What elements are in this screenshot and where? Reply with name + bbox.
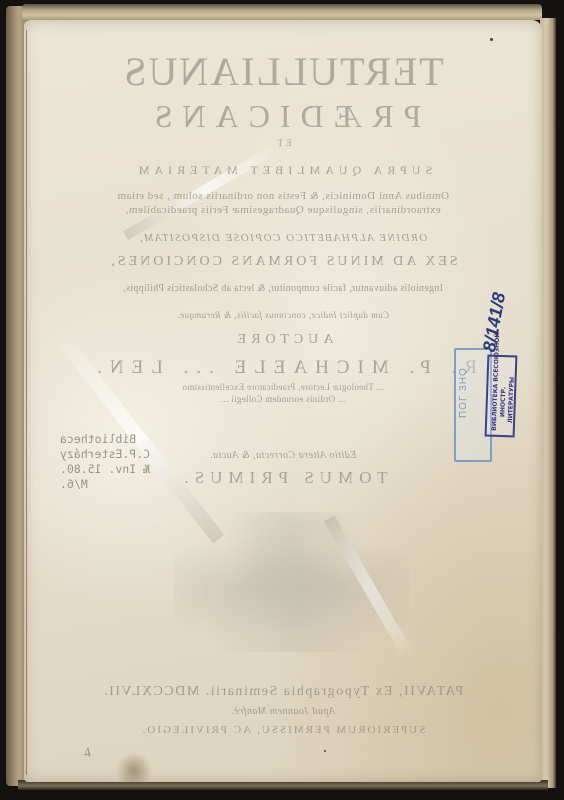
show-through-sex: SEX AD MINUS FORMANS CONCIONES, — [24, 254, 542, 270]
shelfmark-line: № Inv. 15.80. — [60, 462, 150, 477]
show-through-supra: SUPRA QUAMLIBET MATERIAM — [24, 163, 542, 178]
violet-library-stamp: ВИБЛИОТЕКА ВСЕСОЮЗНОЙ ИНОСТР. ЛИТЕРАТУРЫ — [485, 355, 518, 438]
book-page: TERTULLIANUS PRÆDICANS ET SUPRA QUAMLIBE… — [24, 20, 542, 782]
show-through-et: ET — [24, 138, 542, 148]
show-through-printer: Apud Joannem Manfrè. — [24, 706, 542, 717]
page-top-edge — [22, 4, 542, 20]
show-through-title: TERTULLIANUS — [24, 48, 542, 95]
violet-stamp-line: ИНОСТР. — [499, 387, 507, 418]
show-through-privilegio: SUPERIORUM PERMISSU, AC PRIVILEGIO. — [24, 724, 542, 736]
page-right-edge — [540, 18, 556, 788]
show-through-imprint: PATAVII, Ex Typographia Seminarii. MDCCX… — [24, 684, 542, 700]
printers-emblem-show-through — [174, 512, 409, 652]
show-through-cum: Cum duplici Indice, concinnus facilis, &… — [24, 310, 542, 320]
blue-stamp-label: ПОГ 3HO — [458, 367, 469, 418]
show-through-auctore: AUCTORE — [24, 332, 542, 348]
show-through-omnibus-line1: Omnibus Anni Dominicis, & Festis non ord… — [24, 190, 542, 202]
show-through-ingeniis: Ingeniolis adiuvantur, facile componitur… — [24, 283, 542, 294]
library-shelfmark-show-through: Bibliotheca C.P.Esterházy № Inv. 15.80. … — [60, 432, 150, 492]
violet-stamp-line: ЛИТЕРАТУРЫ — [507, 377, 516, 424]
paper-speck — [490, 38, 493, 41]
shelfmark-line: C.P.Esterházy — [60, 447, 150, 462]
show-through-subtitle: PRÆDICANS — [24, 98, 542, 135]
show-through-ordine: ORDINE ALPHABETICO COPIOSE DISPOSITAM, — [24, 232, 542, 244]
paper-stain — [114, 750, 154, 782]
shelfmark-line: M/6. — [60, 477, 150, 492]
shelfmark-line: Bibliotheca — [60, 432, 150, 447]
pencil-mark: 4 — [83, 746, 93, 763]
scanned-page-image: TERTULLIANUS PRÆDICANS ET SUPRA QUAMLIBE… — [0, 0, 564, 800]
paper-speck — [324, 750, 326, 752]
show-through-omnibus-line2: extraordinariis, singulisque Quadragesim… — [24, 204, 542, 216]
